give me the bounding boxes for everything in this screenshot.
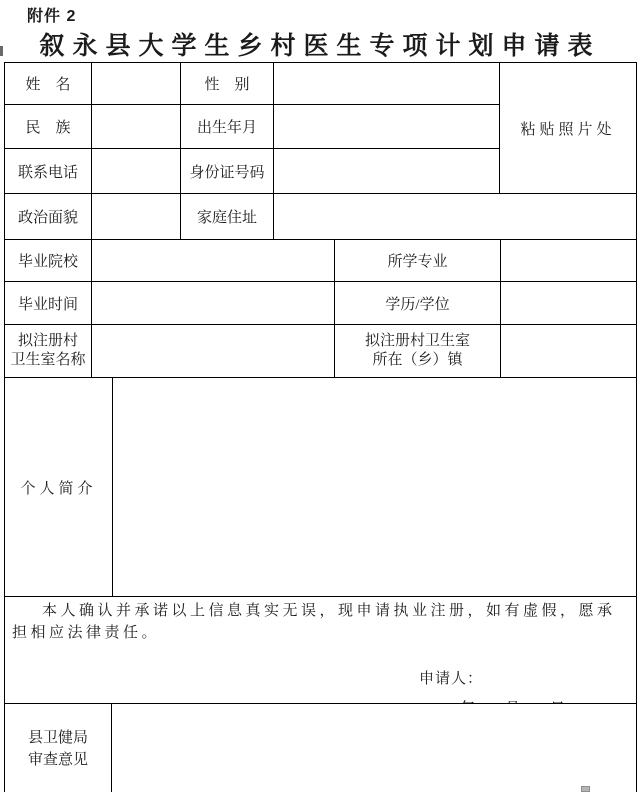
table-row: 拟注册村 卫生室名称 拟注册村卫生室 所在（乡）镇 [5,325,636,378]
photo-area-cell[interactable]: 粘贴照片处 [500,63,636,194]
personal-profile-value-cell[interactable] [113,378,636,597]
gender-label: 性 别 [181,63,274,105]
basic-info-section: 姓 名 性 别 民 族 出生年月 联系电话 身份证号码 [5,63,636,194]
attachment-label: 附件 2 [27,3,76,26]
phone-label: 联系电话 [5,149,92,194]
clinic-name-value-cell[interactable] [92,325,335,378]
name-label: 姓 名 [5,63,92,105]
school-label: 毕业院校 [5,240,92,282]
ethnicity-value-cell[interactable] [92,105,181,149]
clinic-township-label-line1: 拟注册村卫生室 [365,332,470,351]
graduation-time-label: 毕业时间 [5,282,92,325]
table-row: 姓 名 性 别 [5,63,500,105]
table-row: 县卫健局 审查意见 [5,704,636,792]
name-value-cell[interactable] [92,63,181,105]
clinic-township-label-line2: 所在（乡）镇 [365,351,470,370]
basic-info-rows: 姓 名 性 别 民 族 出生年月 联系电话 身份证号码 [5,63,500,194]
clinic-name-label: 拟注册村 卫生室名称 [5,325,92,378]
review-opinion-label-line1: 县卫健局 [28,727,88,749]
degree-label: 学历/学位 [335,282,501,325]
table-row: 民 族 出生年月 [5,105,500,149]
declaration-text: 本人确认并承诺以上信息真实无误，现申请执业注册，如有虚假，愿承担相应法律责任。 [12,600,629,644]
major-value-cell[interactable] [501,240,636,282]
table-resize-handle-artifact [581,786,590,792]
clinic-township-value-cell[interactable] [501,325,636,378]
table-row: 联系电话 身份证号码 [5,149,500,194]
school-value-cell[interactable] [92,240,335,282]
review-opinion-value-cell[interactable] [112,704,636,792]
review-opinion-label: 县卫健局 审查意见 [5,704,112,792]
birthdate-value-cell[interactable] [274,105,500,149]
id-number-value-cell[interactable] [274,149,500,194]
id-number-label: 身份证号码 [181,149,274,194]
table-row: 政治面貌 家庭住址 [5,194,636,240]
clinic-township-label: 拟注册村卫生室 所在（乡）镇 [335,325,501,378]
ethnicity-label: 民 族 [5,105,92,149]
photo-area-label: 粘贴照片处 [520,118,615,139]
table-row: 个人简介 [5,378,636,597]
declaration-cell: 本人确认并承诺以上信息真实无误，现申请执业注册，如有虚假，愿承担相应法律责任。 … [5,597,636,704]
political-status-value-cell[interactable] [92,194,181,240]
degree-value-cell[interactable] [501,282,636,325]
clinic-name-label-line1: 拟注册村 [10,332,85,351]
home-address-label: 家庭住址 [181,194,274,240]
personal-profile-label: 个人简介 [5,378,113,597]
review-opinion-label-line2: 审查意见 [28,749,88,771]
signature-date-label: 年 月 日 [460,697,629,704]
table-row: 毕业院校 所学专业 [5,240,636,282]
clinic-name-label-line2: 卫生室名称 [10,351,85,370]
gender-value-cell[interactable] [274,63,500,105]
table-row: 毕业时间 学历/学位 [5,282,636,325]
phone-value-cell[interactable] [92,149,181,194]
page-title: 叙永县大学生乡村医生专项计划申请表 [0,26,640,62]
graduation-time-value-cell[interactable] [92,282,335,325]
home-address-value-cell[interactable] [274,194,636,240]
applicant-signature-label: 申请人： [419,667,629,688]
political-status-label: 政治面貌 [5,194,92,240]
document-page: 附件 2 叙永县大学生乡村医生专项计划申请表 姓 名 性 别 民 族 出生年月 [0,0,640,792]
application-form-table: 姓 名 性 别 民 族 出生年月 联系电话 身份证号码 [4,62,637,792]
major-label: 所学专业 [335,240,501,282]
table-row: 本人确认并承诺以上信息真实无误，现申请执业注册，如有虚假，愿承担相应法律责任。 … [5,597,636,704]
birthdate-label: 出生年月 [181,105,274,149]
